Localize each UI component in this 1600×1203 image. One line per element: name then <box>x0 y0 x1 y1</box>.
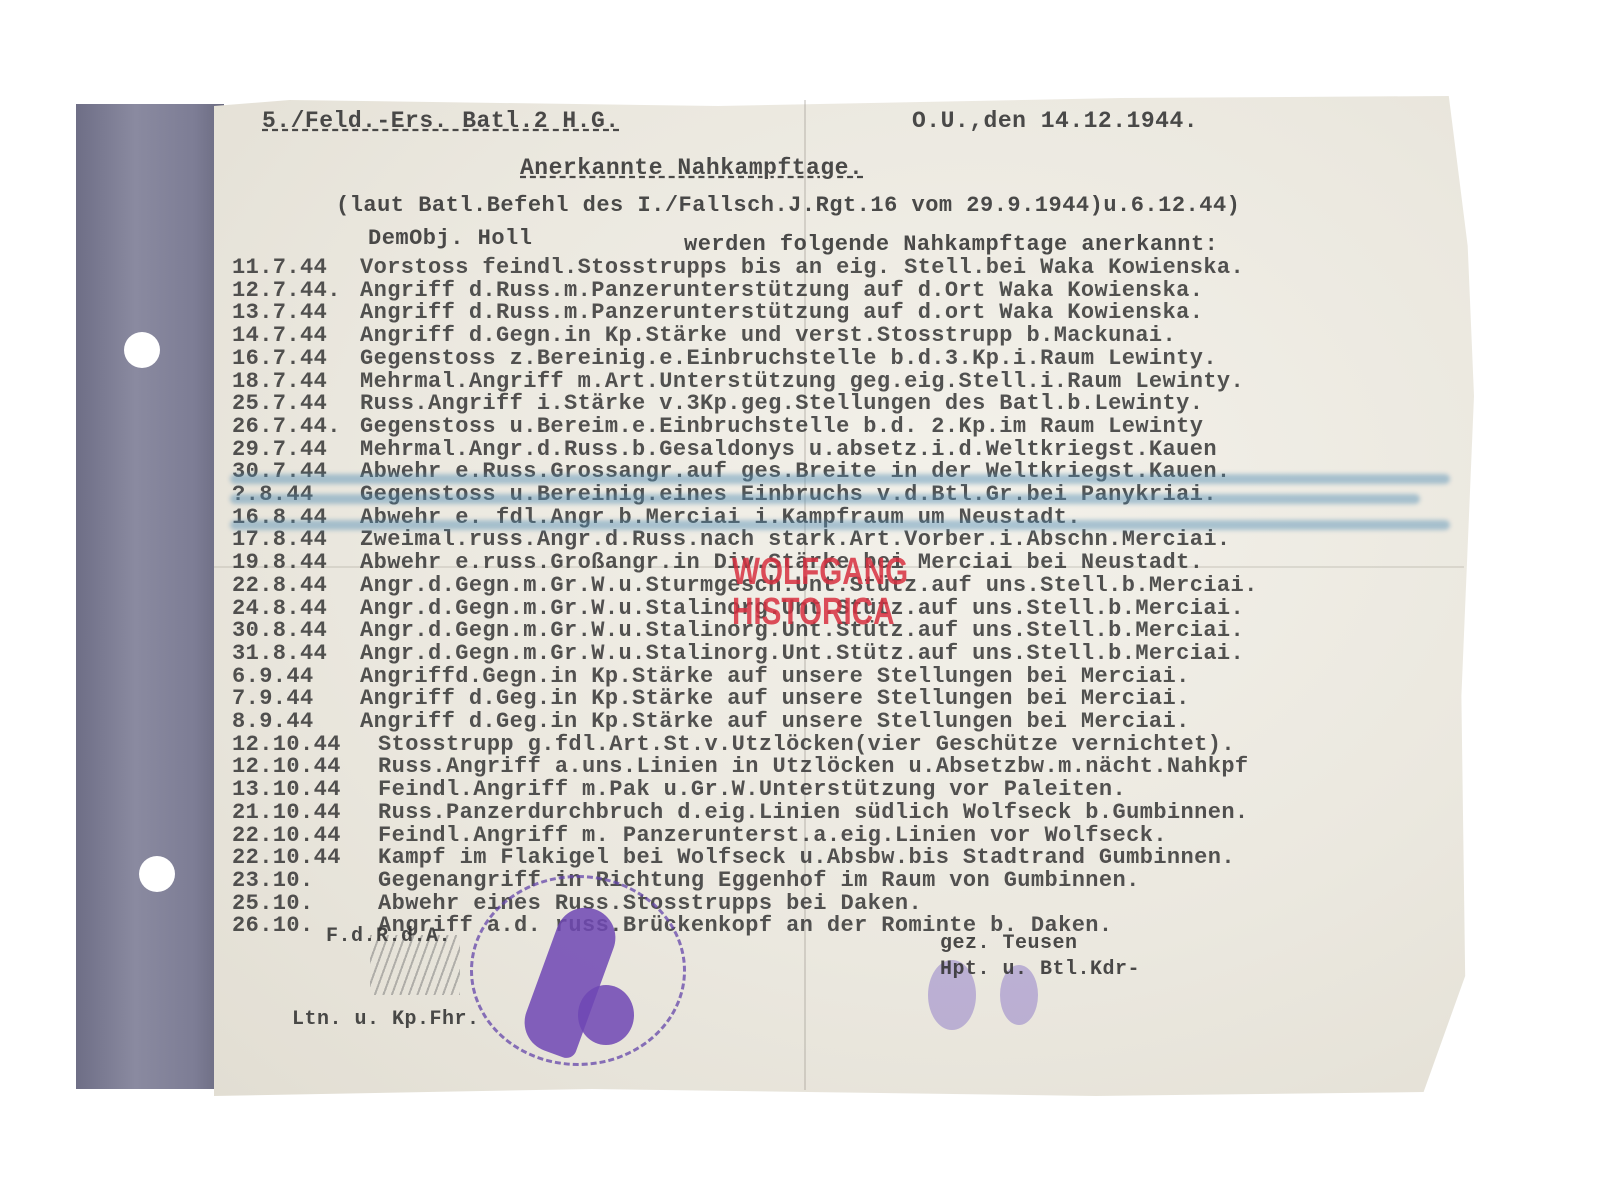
entry-row: 21.10.44Russ.Panzerdurchbruch d.eig.Lini… <box>232 800 1249 825</box>
entry-date: 26.7.44. <box>232 414 360 439</box>
entry-text: Angriff d.Geg.in Kp.Stärke auf unsere St… <box>360 686 1190 711</box>
entry-row: 18.7.44Mehrmal.Angriff m.Art.Unterstützu… <box>232 369 1244 394</box>
entry-text: Russ.Panzerdurchbruch d.eig.Linien südli… <box>378 800 1249 825</box>
entry-row: 7.9.44Angriff d.Geg.in Kp.Stärke auf uns… <box>232 686 1190 711</box>
entry-row: 19.8.44Abwehr e.russ.Großangr.in Div.Stä… <box>232 550 1203 575</box>
entry-text: Kampf im Flakigel bei Wolfseck u.Absbw.b… <box>378 845 1235 870</box>
entry-text: Feindl.Angriff m.Pak u.Gr.W.Unterstützun… <box>378 777 1126 802</box>
entry-row: 12.7.44.Angriff d.Russ.m.Panzerunterstüt… <box>232 278 1203 303</box>
entry-date: 19.8.44 <box>232 550 360 575</box>
entry-text: Angriff d.Geg.in Kp.Stärke auf unsere St… <box>360 709 1190 734</box>
entry-date: 14.7.44 <box>232 323 360 348</box>
entry-row: 13.7.44Angriff d.Russ.m.Panzerunterstütz… <box>232 300 1203 325</box>
reference-line: (laut Batl.Befehl des I./Fallsch.J.Rgt.1… <box>336 193 1240 218</box>
unit-header: 5./Feld.-Ers. Batl.2 H.G. <box>262 108 620 134</box>
watermark-line-2: HISTORICA <box>732 592 908 632</box>
entry-date: 30.8.44 <box>232 618 360 643</box>
entry-date: 24.8.44 <box>232 596 360 621</box>
intro-line: werden folgende Nahkampftage anerkannt: <box>684 232 1218 257</box>
entry-text: Stosstrupp g.fdl.Art.St.v.Utzlöcken(vier… <box>378 732 1235 757</box>
entry-row: 12.10.44Russ.Angriff a.uns.Linien in Utz… <box>232 754 1249 779</box>
entry-text: Mehrmal.Angriff m.Art.Unterstützung geg.… <box>360 369 1244 394</box>
entry-date: 13.10.44 <box>232 777 360 802</box>
signature-right-line1: gez. Teusen <box>940 932 1078 955</box>
entry-date: 22.8.44 <box>232 573 360 598</box>
blue-strike-line <box>230 520 1450 530</box>
entry-row: 6.9.44Angriffd.Gegn.in Kp.Stärke auf uns… <box>232 664 1190 689</box>
entry-row: 14.7.44Angriff d.Gegn.in Kp.Stärke und v… <box>232 323 1176 348</box>
entry-text: Angr.d.Gegn.m.Gr.W.u.Stalinorg.Unt.Stütz… <box>360 641 1244 666</box>
entry-date: 12.10.44 <box>232 754 360 779</box>
watermark-line-1: WOLFGANG <box>732 552 908 592</box>
entry-date: 31.8.44 <box>232 641 360 666</box>
entry-row: 29.7.44Mehrmal.Angr.d.Russ.b.Gesaldonys … <box>232 437 1217 462</box>
entry-row: 8.9.44Angriff d.Geg.in Kp.Stärke auf uns… <box>232 709 1190 734</box>
entry-date: 21.10.44 <box>232 800 360 825</box>
entry-text: Gegenstoss u.Bereim.e.Einbruchstelle b.d… <box>360 414 1203 439</box>
entry-date: 22.10.44 <box>232 823 360 848</box>
entry-date: 18.7.44 <box>232 369 360 394</box>
recipient: DemObj. Holl <box>368 226 532 251</box>
entry-text: Feindl.Angriff m. Panzerunterst.a.eig.Li… <box>378 823 1167 848</box>
signature-right-line2: Hpt. u. Btl.Kdr- <box>940 958 1140 981</box>
entry-date: 7.9.44 <box>232 686 360 711</box>
document-title: Anerkannte Nahkampftage. <box>520 155 863 181</box>
entry-row: 13.10.44Feindl.Angriff m.Pak u.Gr.W.Unte… <box>232 777 1126 802</box>
entry-row: 23.10.Gegenangriff in Richtung Eggenhof … <box>232 868 1140 893</box>
entry-row: 31.8.44Angr.d.Gegn.m.Gr.W.u.Stalinorg.Un… <box>232 641 1244 666</box>
place-date: O.U.,den 14.12.1944. <box>912 108 1198 134</box>
entry-row: 26.7.44.Gegenstoss u.Bereim.e.Einbruchst… <box>232 414 1203 439</box>
entry-text: Gegenstoss z.Bereinig.e.Einbruchstelle b… <box>360 346 1217 371</box>
entry-date: 23.10. <box>232 868 360 893</box>
entry-text: Vorstoss feindl.Stosstrupps bis an eig. … <box>360 255 1244 280</box>
entry-date: 25.7.44 <box>232 391 360 416</box>
entry-date: 17.8.44 <box>232 527 360 552</box>
entry-date: 16.7.44 <box>232 346 360 371</box>
watermark: WOLFGANG HISTORICA <box>732 552 908 632</box>
entry-row: 22.10.44Kampf im Flakigel bei Wolfseck u… <box>232 845 1235 870</box>
entry-date: 8.9.44 <box>232 709 360 734</box>
entry-row: 22.10.44Feindl.Angriff m. Panzerunterst.… <box>232 823 1167 848</box>
entry-row: 12.10.44Stosstrupp g.fdl.Art.St.v.Utzlöc… <box>232 732 1235 757</box>
entry-date: 25.10. <box>232 891 360 916</box>
entry-text: Angriffd.Gegn.in Kp.Stärke auf unsere St… <box>360 664 1190 689</box>
entry-text: Russ.Angriff i.Stärke v.3Kp.geg.Stellung… <box>360 391 1203 416</box>
entry-date: 12.10.44 <box>232 732 360 757</box>
entry-date: 6.9.44 <box>232 664 360 689</box>
entry-date: 22.10.44 <box>232 845 360 870</box>
entry-text: Mehrmal.Angr.d.Russ.b.Gesaldonys u.abset… <box>360 437 1217 462</box>
typewritten-document: 5./Feld.-Ers. Batl.2 H.G. O.U.,den 14.12… <box>0 0 1600 1203</box>
entry-text: Angriff d.Gegn.in Kp.Stärke und verst.St… <box>360 323 1176 348</box>
entry-date: 29.7.44 <box>232 437 360 462</box>
entry-text: Gegenangriff in Richtung Eggenhof im Rau… <box>378 868 1140 893</box>
entry-date: 13.7.44 <box>232 300 360 325</box>
entry-text: Zweimal.russ.Angr.d.Russ.nach stark.Art.… <box>360 527 1231 552</box>
blue-strike-line <box>230 494 1420 504</box>
entry-date: 12.7.44. <box>232 278 360 303</box>
entry-row: 16.7.44Gegenstoss z.Bereinig.e.Einbruchs… <box>232 346 1217 371</box>
entry-text: Angriff d.Russ.m.Panzerunterstützung auf… <box>360 300 1203 325</box>
signature-left-line1: F.d.R.d.A. <box>326 925 451 948</box>
blue-strike-line <box>230 474 1450 484</box>
entry-row: 11.7.44Vorstoss feindl.Stosstrupps bis a… <box>232 255 1244 280</box>
entry-text: Angriff d.Russ.m.Panzerunterstützung auf… <box>360 278 1203 303</box>
entry-text: Russ.Angriff a.uns.Linien in Utzlöcken u… <box>378 754 1249 779</box>
entry-row: 17.8.44Zweimal.russ.Angr.d.Russ.nach sta… <box>232 527 1231 552</box>
entry-row: 25.7.44Russ.Angriff i.Stärke v.3Kp.geg.S… <box>232 391 1203 416</box>
wreath-stamp-icon <box>578 985 634 1045</box>
entry-date: 11.7.44 <box>232 255 360 280</box>
signature-left-line2: Ltn. u. Kp.Fhr. <box>292 1008 480 1031</box>
